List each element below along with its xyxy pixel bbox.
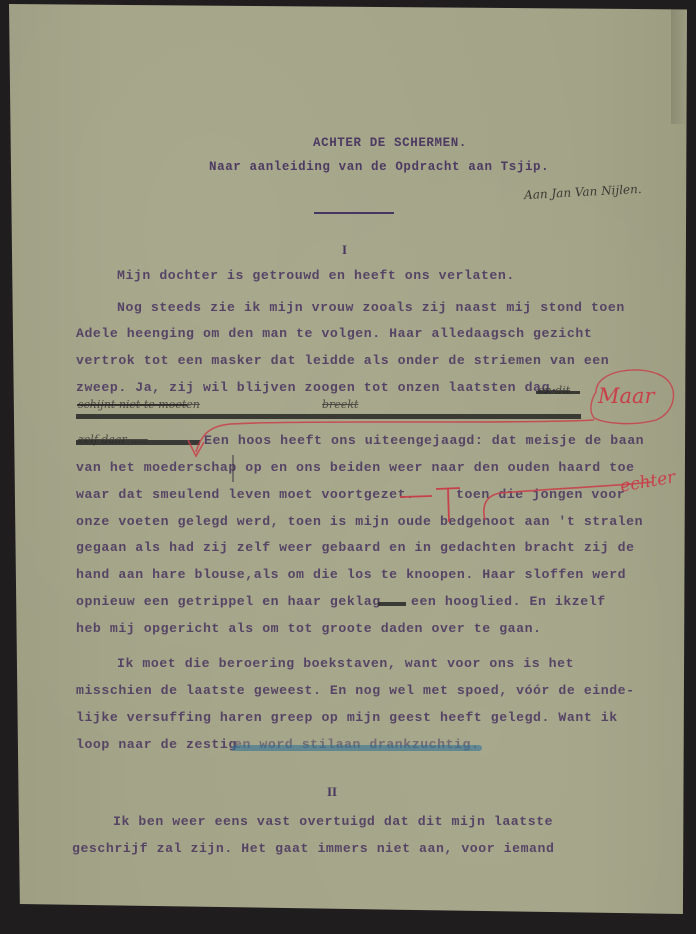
text-line: geschrijf zal zijn. Het gaat immers niet… (72, 841, 554, 856)
text-line: onze voeten gelegd werd, toen is mijn ou… (76, 514, 643, 529)
document-subtitle: Naar aanleiding van de Opdracht aan Tsji… (209, 160, 549, 174)
text-line: misschien de laatste geweest. En nog wel… (76, 683, 635, 698)
page-fold-shadow (671, 4, 687, 124)
text-line: een hooglied. En ikzelf (411, 594, 606, 609)
text-line: vertrok tot een masker dat leidde als on… (76, 353, 609, 368)
struck-text-insert: breekt (322, 398, 358, 411)
text-line: Adele heenging om den man te volgen. Haa… (76, 326, 592, 341)
title-divider (314, 212, 394, 214)
document-title: ACHTER DE SCHERMEN. (313, 136, 467, 150)
text-line: toen die jongen voor (456, 487, 625, 502)
text-line: Mijn dochter is getrouwd en heeft ons ve… (117, 268, 515, 283)
strikethrough-mark (76, 440, 200, 445)
strikethrough-mark (536, 391, 580, 394)
text-line: Nog steeds zie ik mijn vrouw zooals zij … (117, 300, 625, 315)
text-line: opnieuw een getrippel en haar geklag (76, 594, 381, 609)
text-line: gegaan als had zij zelf weer gebaard en … (76, 540, 635, 555)
strikethrough-mark (378, 602, 406, 606)
text-line: zweep. Ja, zij wil blijven zoogen tot on… (76, 380, 558, 395)
text-line: loop naar de zestig (76, 737, 237, 752)
text-line: Een hoos heeft ons uiteengejaagd: dat me… (204, 433, 644, 448)
text-line: Ik ben weer eens vast overtuigd dat dit … (113, 814, 553, 829)
text-line: hand aan hare blouse,als om die los te k… (76, 567, 626, 582)
text-line: heb mij opgericht als om tot groote dade… (76, 621, 542, 636)
text-line: Ik moet die beroering boekstaven, want v… (117, 656, 574, 671)
strikethrough-mark (76, 414, 581, 419)
text-line: van het moederschap op en ons beiden wee… (76, 460, 635, 475)
text-line: waar dat smeulend leven moet voortgezet. (76, 487, 415, 502)
text-line: lijke versuffing haren greep op mijn gee… (76, 710, 618, 725)
red-margin-annotation: Maar (598, 384, 655, 408)
section-heading-1: I (342, 242, 347, 258)
section-heading-2: II (327, 784, 337, 800)
blue-strikethrough-mark (232, 745, 482, 751)
strikethrough-mark (77, 404, 187, 406)
